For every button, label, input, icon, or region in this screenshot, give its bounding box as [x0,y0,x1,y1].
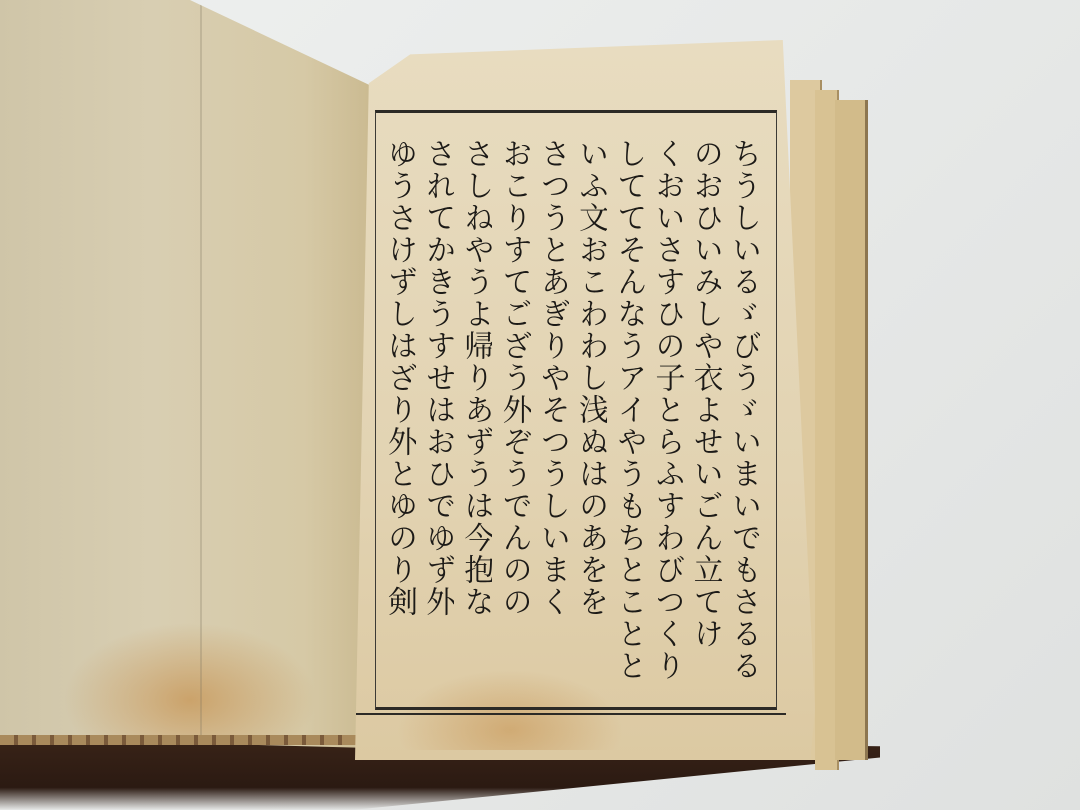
text-column: のおひいみしや衣よせいごん立てけ [688,138,722,687]
page-crease [200,0,202,740]
photo-scene: ちうしいるゞびうゞいまいでもさるる のおひいみしや衣よせいごん立てけ くおいさす… [0,0,1080,810]
text-column: ゆうさけずしはざり外とゆのり剣 [382,138,416,687]
text-column: されてかきうすせはおひでゆず外 [420,138,454,687]
text-column: いふ文おこわわし浅ぬはのあをを [573,138,607,687]
left-page [0,0,380,748]
text-column: くおいさすひの子とらふすわびつくり [650,138,684,687]
text-column: さしねやうよ帰りあずうは今抱な [458,138,492,687]
text-column: ちうしいるゞびうゞいまいでもさるる [726,138,760,687]
back-cover-edge [835,100,868,760]
text-frame: ちうしいるゞびうゞいまいでもさるる のおひいみしや衣よせいごん立てけ くおいさす… [375,110,777,710]
frame-rule [356,713,786,715]
text-columns: ちうしいるゞびうゞいまいでもさるる のおひいみしや衣よせいごん立てけ くおいさす… [376,138,766,687]
text-column: おこりすてござう外ぞうでんのの [497,138,531,687]
text-column: しててそんなうアイやうもちとことと [611,138,645,687]
left-page-edge [0,735,370,745]
text-column: さつうとあぎりやそつうしいまく [535,138,569,687]
